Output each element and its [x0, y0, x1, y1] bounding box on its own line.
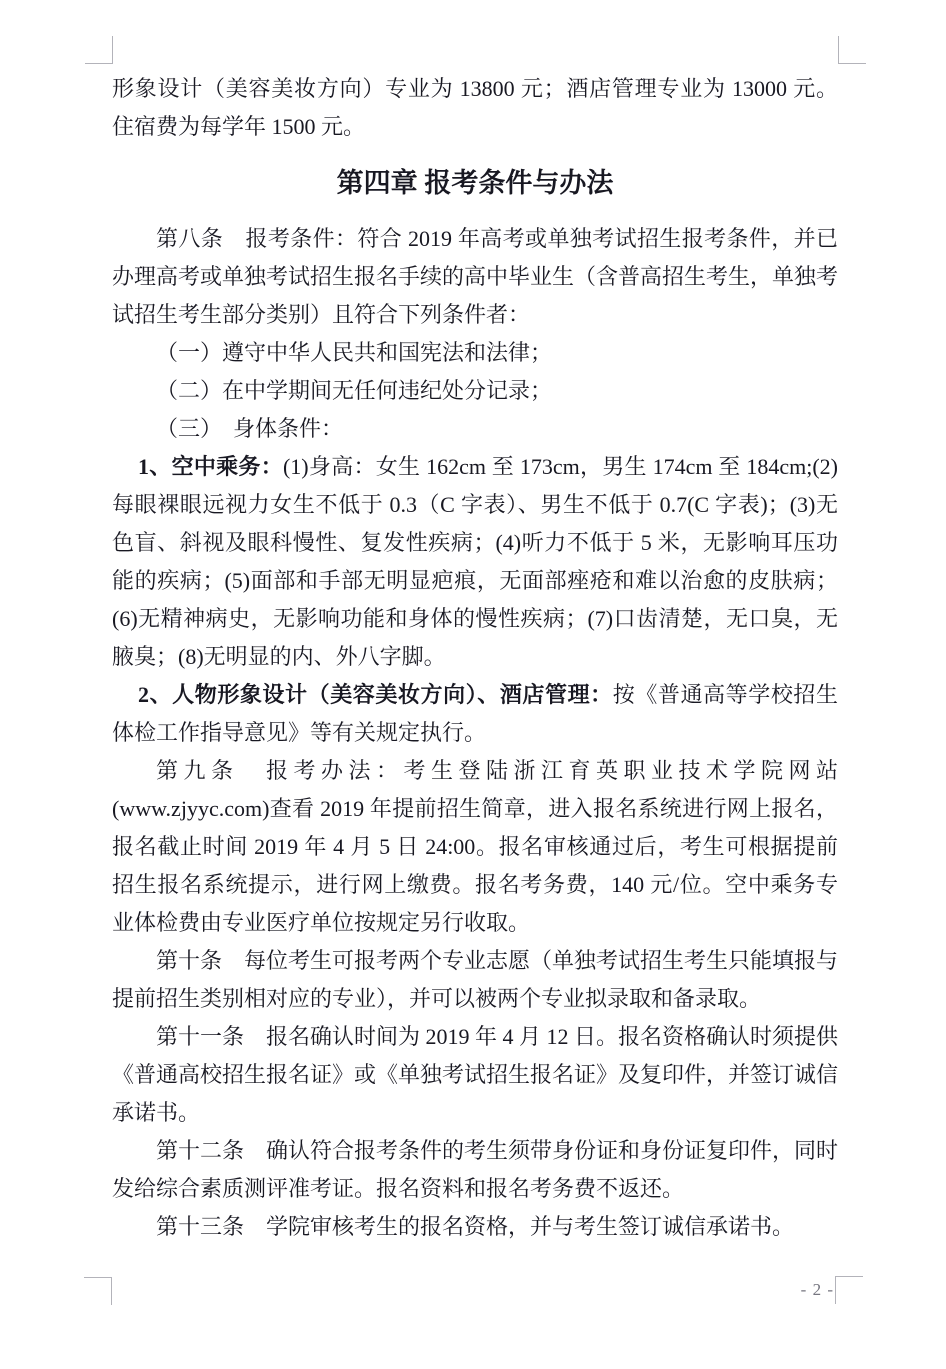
text-run: （一）遵守中华人民共和国宪法和法律； [156, 340, 552, 365]
text-run: 第九条 报考办法：考生登陆浙江育英职业技术学院网站(www.zjyyc.com)… [112, 758, 838, 935]
text-boundary-mark-bottom-right [835, 1276, 863, 1304]
paragraph: 第十条 每位考生可报考两个专业志愿（单独考试招生考生只能填报与提前招生类别相对应… [112, 942, 838, 1018]
paragraph: 形象设计（美容美妆方向）专业为 13800 元；酒店管理专业为 13000 元。 [112, 70, 838, 108]
text-run: （二）在中学期间无任何违纪处分记录； [156, 378, 552, 403]
paragraph: 第十二条 确认符合报考条件的考生须带身份证和身份证复印件，同时发给综合素质测评准… [112, 1132, 838, 1208]
text-boundary-mark-top-right [838, 36, 866, 64]
paragraph-group-main: 第八条 报考条件：符合 2019 年高考或单独考试招生报考条件，并已办理高考或单… [112, 220, 838, 1246]
paragraph: 第九条 报考办法：考生登陆浙江育英职业技术学院网站(www.zjyyc.com)… [112, 752, 838, 942]
document-page: 形象设计（美容美妆方向）专业为 13800 元；酒店管理专业为 13000 元。… [0, 0, 946, 1369]
text-boundary-mark-bottom-left [84, 1277, 112, 1305]
chapter-heading: 第四章 报考条件与办法 [112, 162, 838, 204]
paragraph: 第十一条 报名确认时间为 2019 年 4 月 12 日。报名资格确认时须提供《… [112, 1018, 838, 1132]
page-number: - 2 - [801, 1280, 834, 1300]
paragraph-group-top: 形象设计（美容美妆方向）专业为 13800 元；酒店管理专业为 13000 元。… [112, 70, 838, 146]
text-run: (1)身高：女生 162cm 至 173cm，男生 174cm 至 184cm;… [112, 454, 838, 669]
text-run: 第十一条 报名确认时间为 2019 年 4 月 12 日。报名资格确认时须提供《… [112, 1024, 838, 1125]
bold-text-run: 2、人物形象设计（美容美妆方向）、酒店管理： [138, 682, 613, 707]
text-run: 第十三条 学院审核考生的报名资格，并与考生签订诚信承诺书。 [156, 1214, 794, 1239]
paragraph: （二）在中学期间无任何违纪处分记录； [112, 372, 838, 410]
paragraph: （三） 身体条件： [112, 410, 838, 448]
paragraph: 第八条 报考条件：符合 2019 年高考或单独考试招生报考条件，并已办理高考或单… [112, 220, 838, 334]
text-run: 住宿费为每学年 1500 元。 [112, 114, 365, 139]
text-run: 第十二条 确认符合报考条件的考生须带身份证和身份证复印件，同时发给综合素质测评准… [112, 1138, 838, 1201]
text-boundary-mark-top-left [85, 36, 113, 64]
bold-text-run: 1、空中乘务： [138, 454, 283, 479]
paragraph: 2、人物形象设计（美容美妆方向）、酒店管理：按《普通高等学校招生体检工作指导意见… [112, 676, 838, 752]
paragraph: 1、空中乘务：(1)身高：女生 162cm 至 173cm，男生 174cm 至… [112, 448, 838, 676]
text-run: 第十条 每位考生可报考两个专业志愿（单独考试招生考生只能填报与提前招生类别相对应… [112, 948, 838, 1011]
text-run: 形象设计（美容美妆方向）专业为 13800 元；酒店管理专业为 13000 元。 [112, 76, 838, 101]
paragraph: （一）遵守中华人民共和国宪法和法律； [112, 334, 838, 372]
document-content: 形象设计（美容美妆方向）专业为 13800 元；酒店管理专业为 13000 元。… [112, 70, 838, 1246]
paragraph: 住宿费为每学年 1500 元。 [112, 108, 838, 146]
paragraph: 第十三条 学院审核考生的报名资格，并与考生签订诚信承诺书。 [112, 1208, 838, 1246]
text-run: 第八条 报考条件：符合 2019 年高考或单独考试招生报考条件，并已办理高考或单… [112, 226, 838, 327]
text-run: （三） 身体条件： [156, 416, 343, 441]
